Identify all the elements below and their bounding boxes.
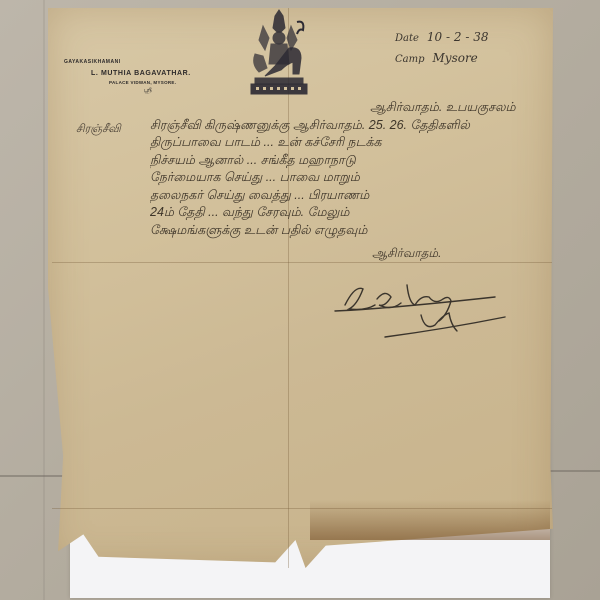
date-camp-block: Date 10 - 2 - 38 Camp Mysore	[395, 30, 488, 72]
letterhead-mark: ஶ்ரீ	[144, 88, 191, 95]
floor-tile-seam	[43, 0, 45, 600]
floor-tile-seam	[0, 475, 70, 477]
deity-on-lion-emblem-icon	[245, 8, 310, 103]
signature-icon	[325, 275, 525, 345]
body-line: சிரஞ்சீவி கிருஷ்ணனுக்கு ஆசிர்வாதம். 25. …	[150, 118, 545, 136]
body-line: நிச்சயம் ஆனால் ... சங்கீத மஹாநாடு	[150, 153, 545, 171]
letterhead-title: GAYAKASIKHAMANI	[64, 59, 191, 65]
letterhead-address: PALACE VIDWAN, MYSORE.	[109, 80, 191, 85]
closing: ஆசிர்வாதம்.	[372, 246, 441, 262]
camp-label: Camp	[395, 54, 425, 65]
stain-edge	[310, 500, 550, 540]
date-value: 10 - 2 - 38	[427, 30, 489, 44]
letter-body: ஆசிர்வாதம். உபயகுசலம் சிரஞ்சீவி கிருஷ்ணன…	[150, 100, 545, 240]
date-label: Date	[395, 33, 419, 44]
letterhead-name: L. MUTHIA BAGAVATHAR.	[91, 70, 191, 77]
letterhead: GAYAKASIKHAMANI L. MUTHIA BAGAVATHAR. PA…	[64, 59, 191, 95]
floor-tile-seam	[550, 470, 600, 472]
body-line: 24ம் தேதி ... வந்து சேரவும். மேலும்	[150, 205, 545, 223]
body-line: ஆசிர்வாதம். உபயகுசலம்	[150, 100, 545, 118]
body-line: க்ஷேமங்களுக்கு உடன் பதில் எழுதவும்	[150, 223, 545, 241]
body-line: நேர்மையாக செய்து ... பாவை மாறும்	[150, 170, 545, 188]
body-line: திருப்பாவை பாடம் ... உன் கச்சேரி நடக்க	[150, 135, 545, 153]
camp-value: Mysore	[433, 51, 478, 65]
horizontal-fold-crease	[52, 262, 552, 263]
body-line: தலைநகர் செய்து வைத்து ... பிரயாணம்	[150, 188, 545, 206]
salutation: சிரஞ்சீவி	[76, 123, 121, 137]
